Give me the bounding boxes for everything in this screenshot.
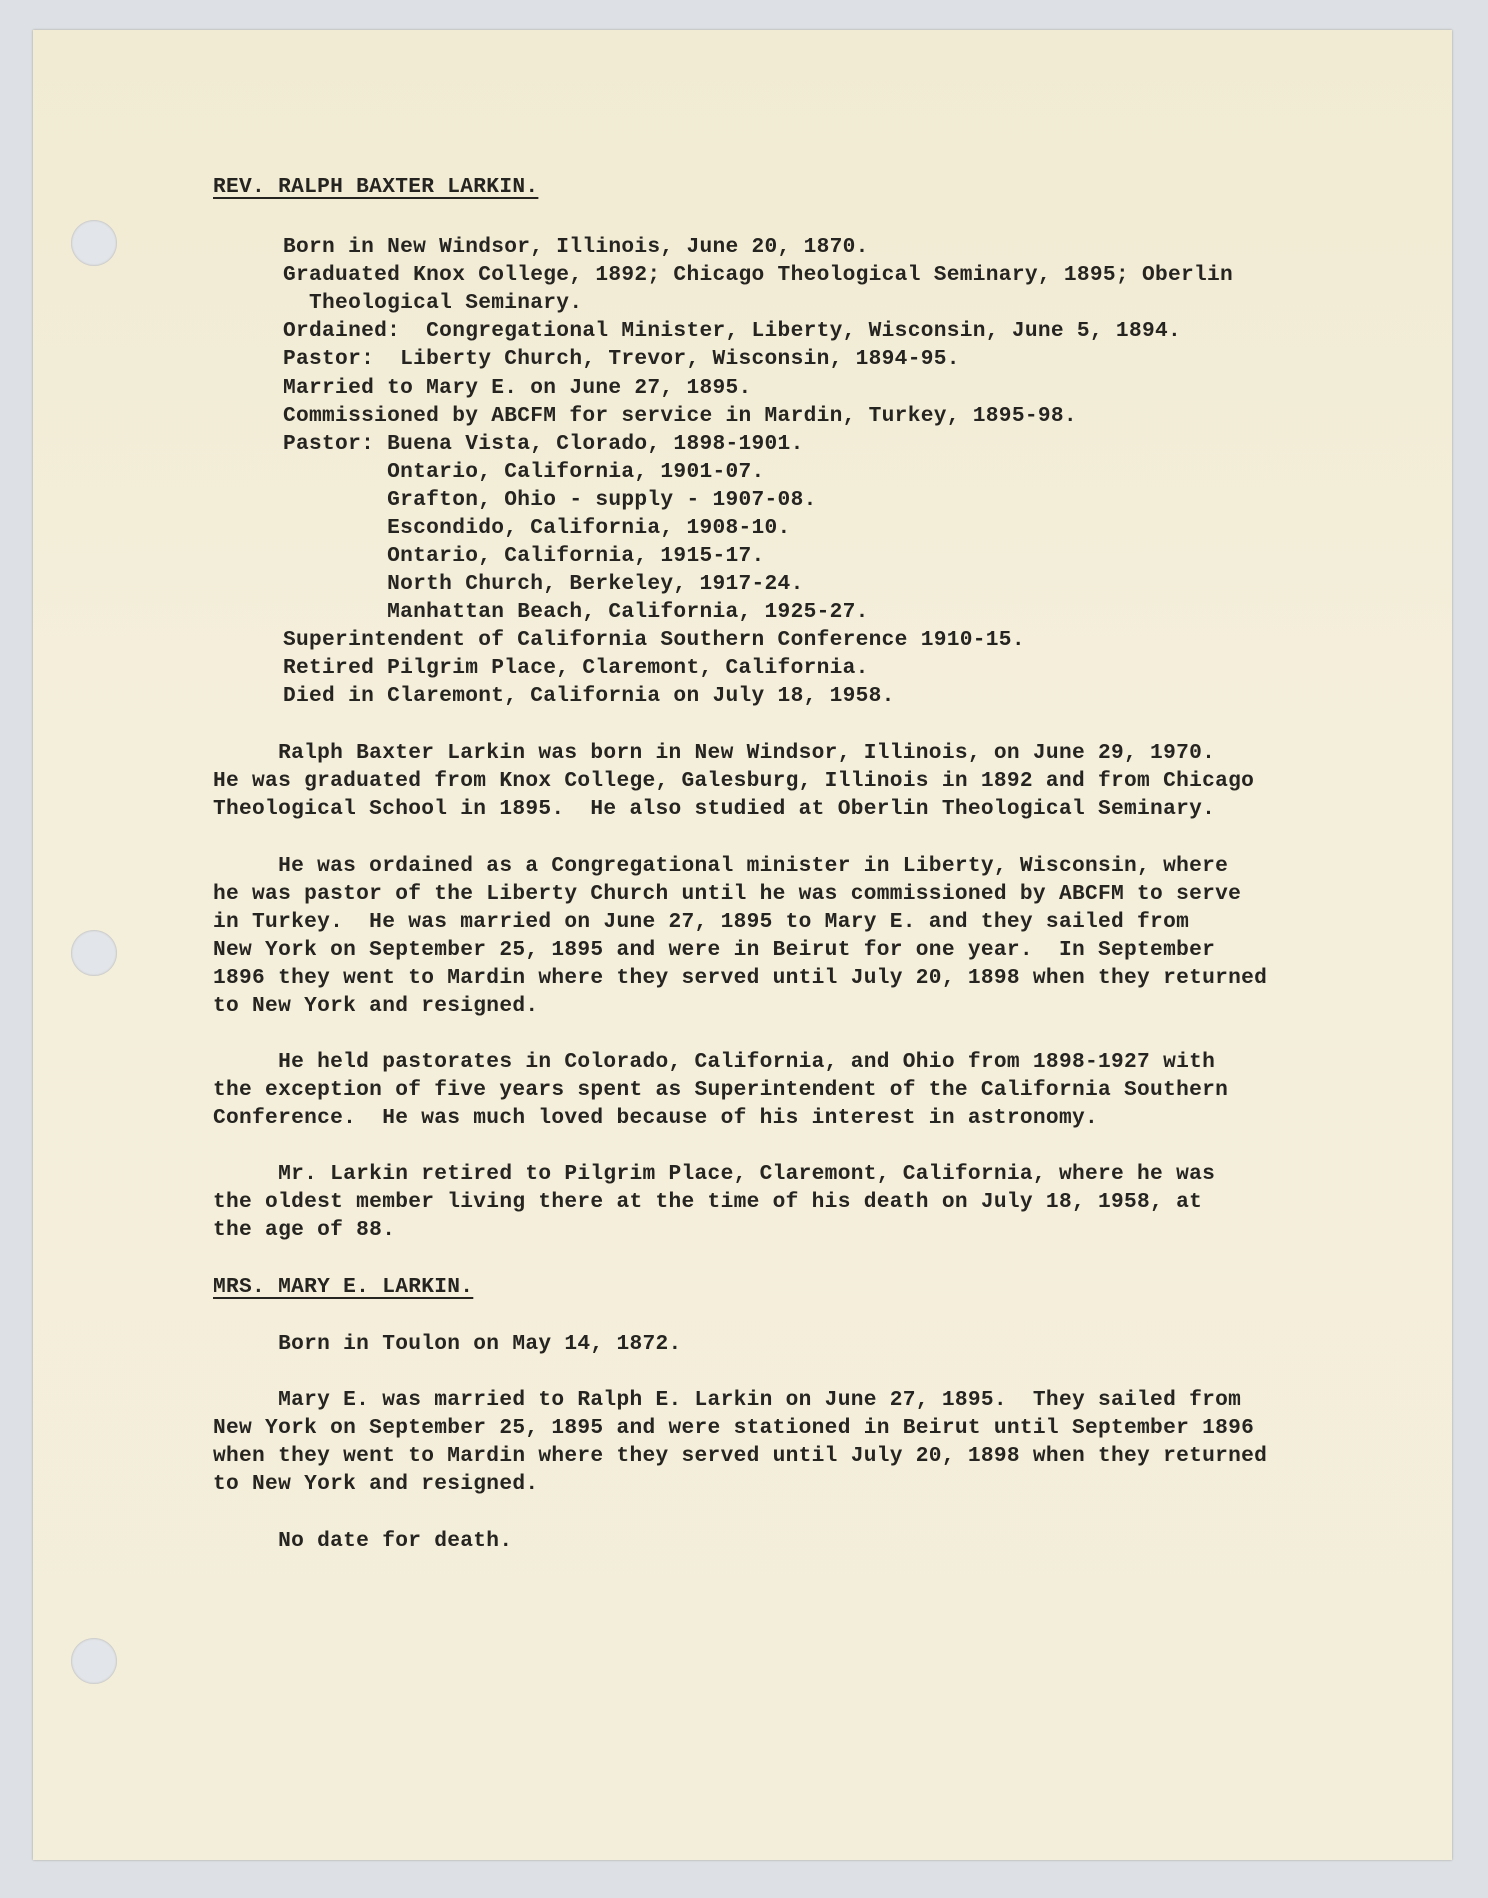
fact-line: Superintendent of California Southern Co… <box>283 626 1025 654</box>
fact-line: North Church, Berkeley, 1917-24. <box>283 570 804 598</box>
fact-line: Theological Seminary. <box>283 289 582 317</box>
section-heading-ralph: REV. RALPH BAXTER LARKIN. <box>213 173 538 201</box>
fact-line: Ontario, California, 1901-07. <box>283 458 765 486</box>
paragraph-line: the oldest member living there at the ti… <box>213 1188 1202 1216</box>
paragraph-line: the age of 88. <box>213 1216 395 1244</box>
fact-line: Manhattan Beach, California, 1925-27. <box>283 598 869 626</box>
paragraph-line: the exception of five years spent as Sup… <box>213 1076 1228 1104</box>
paragraph-line: Conference. He was much loved because of… <box>213 1104 1098 1132</box>
born-line: Born in Toulon on May 14, 1872. <box>213 1330 682 1358</box>
paragraph-line: He was ordained as a Congregational mini… <box>213 852 1228 880</box>
paragraph-line: He was graduated from Knox College, Gale… <box>213 767 1254 795</box>
fact-line: Pastor: Liberty Church, Trevor, Wisconsi… <box>283 345 960 373</box>
paragraph-line: when they went to Mardin where they serv… <box>213 1442 1267 1470</box>
fact-line: Commissioned by ABCFM for service in Mar… <box>283 402 1077 430</box>
fact-line: Born in New Windsor, Illinois, June 20, … <box>283 233 869 261</box>
fact-line: Pastor: Buena Vista, Clorado, 1898-1901. <box>283 430 804 458</box>
fact-line: Escondido, California, 1908-10. <box>283 514 791 542</box>
punch-hole-middle <box>71 930 117 976</box>
fact-line: Graduated Knox College, 1892; Chicago Th… <box>283 261 1233 289</box>
paragraph-line: Ralph Baxter Larkin was born in New Wind… <box>213 739 1215 767</box>
paragraph-line: in Turkey. He was married on June 27, 18… <box>213 908 1189 936</box>
paragraph-line: he was pastor of the Liberty Church unti… <box>213 880 1241 908</box>
paragraph-line: He held pastorates in Colorado, Californ… <box>213 1048 1215 1076</box>
death-note: No date for death. <box>213 1527 512 1555</box>
section-heading-mary: MRS. MARY E. LARKIN. <box>213 1273 473 1301</box>
punch-hole-bottom <box>71 1638 117 1684</box>
fact-line: Died in Claremont, California on July 18… <box>283 682 895 710</box>
paragraph-line: to New York and resigned. <box>213 992 538 1020</box>
fact-line: Retired Pilgrim Place, Claremont, Califo… <box>283 654 869 682</box>
fact-line: Married to Mary E. on June 27, 1895. <box>283 374 752 402</box>
document-page: REV. RALPH BAXTER LARKIN. Born in New Wi… <box>33 30 1452 1860</box>
paragraph-line: New York on September 25, 1895 and were … <box>213 1414 1254 1442</box>
paragraph-line: Theological School in 1895. He also stud… <box>213 795 1215 823</box>
fact-line: Ordained: Congregational Minister, Liber… <box>283 317 1181 345</box>
paragraph-line: Mr. Larkin retired to Pilgrim Place, Cla… <box>213 1160 1215 1188</box>
fact-line: Grafton, Ohio - supply - 1907-08. <box>283 486 817 514</box>
paragraph-line: New York on September 25, 1895 and were … <box>213 936 1215 964</box>
fact-line: Ontario, California, 1915-17. <box>283 542 765 570</box>
punch-hole-top <box>71 220 117 266</box>
paragraph-line: Mary E. was married to Ralph E. Larkin o… <box>213 1386 1241 1414</box>
paragraph-line: to New York and resigned. <box>213 1470 538 1498</box>
paragraph-line: 1896 they went to Mardin where they serv… <box>213 964 1267 992</box>
